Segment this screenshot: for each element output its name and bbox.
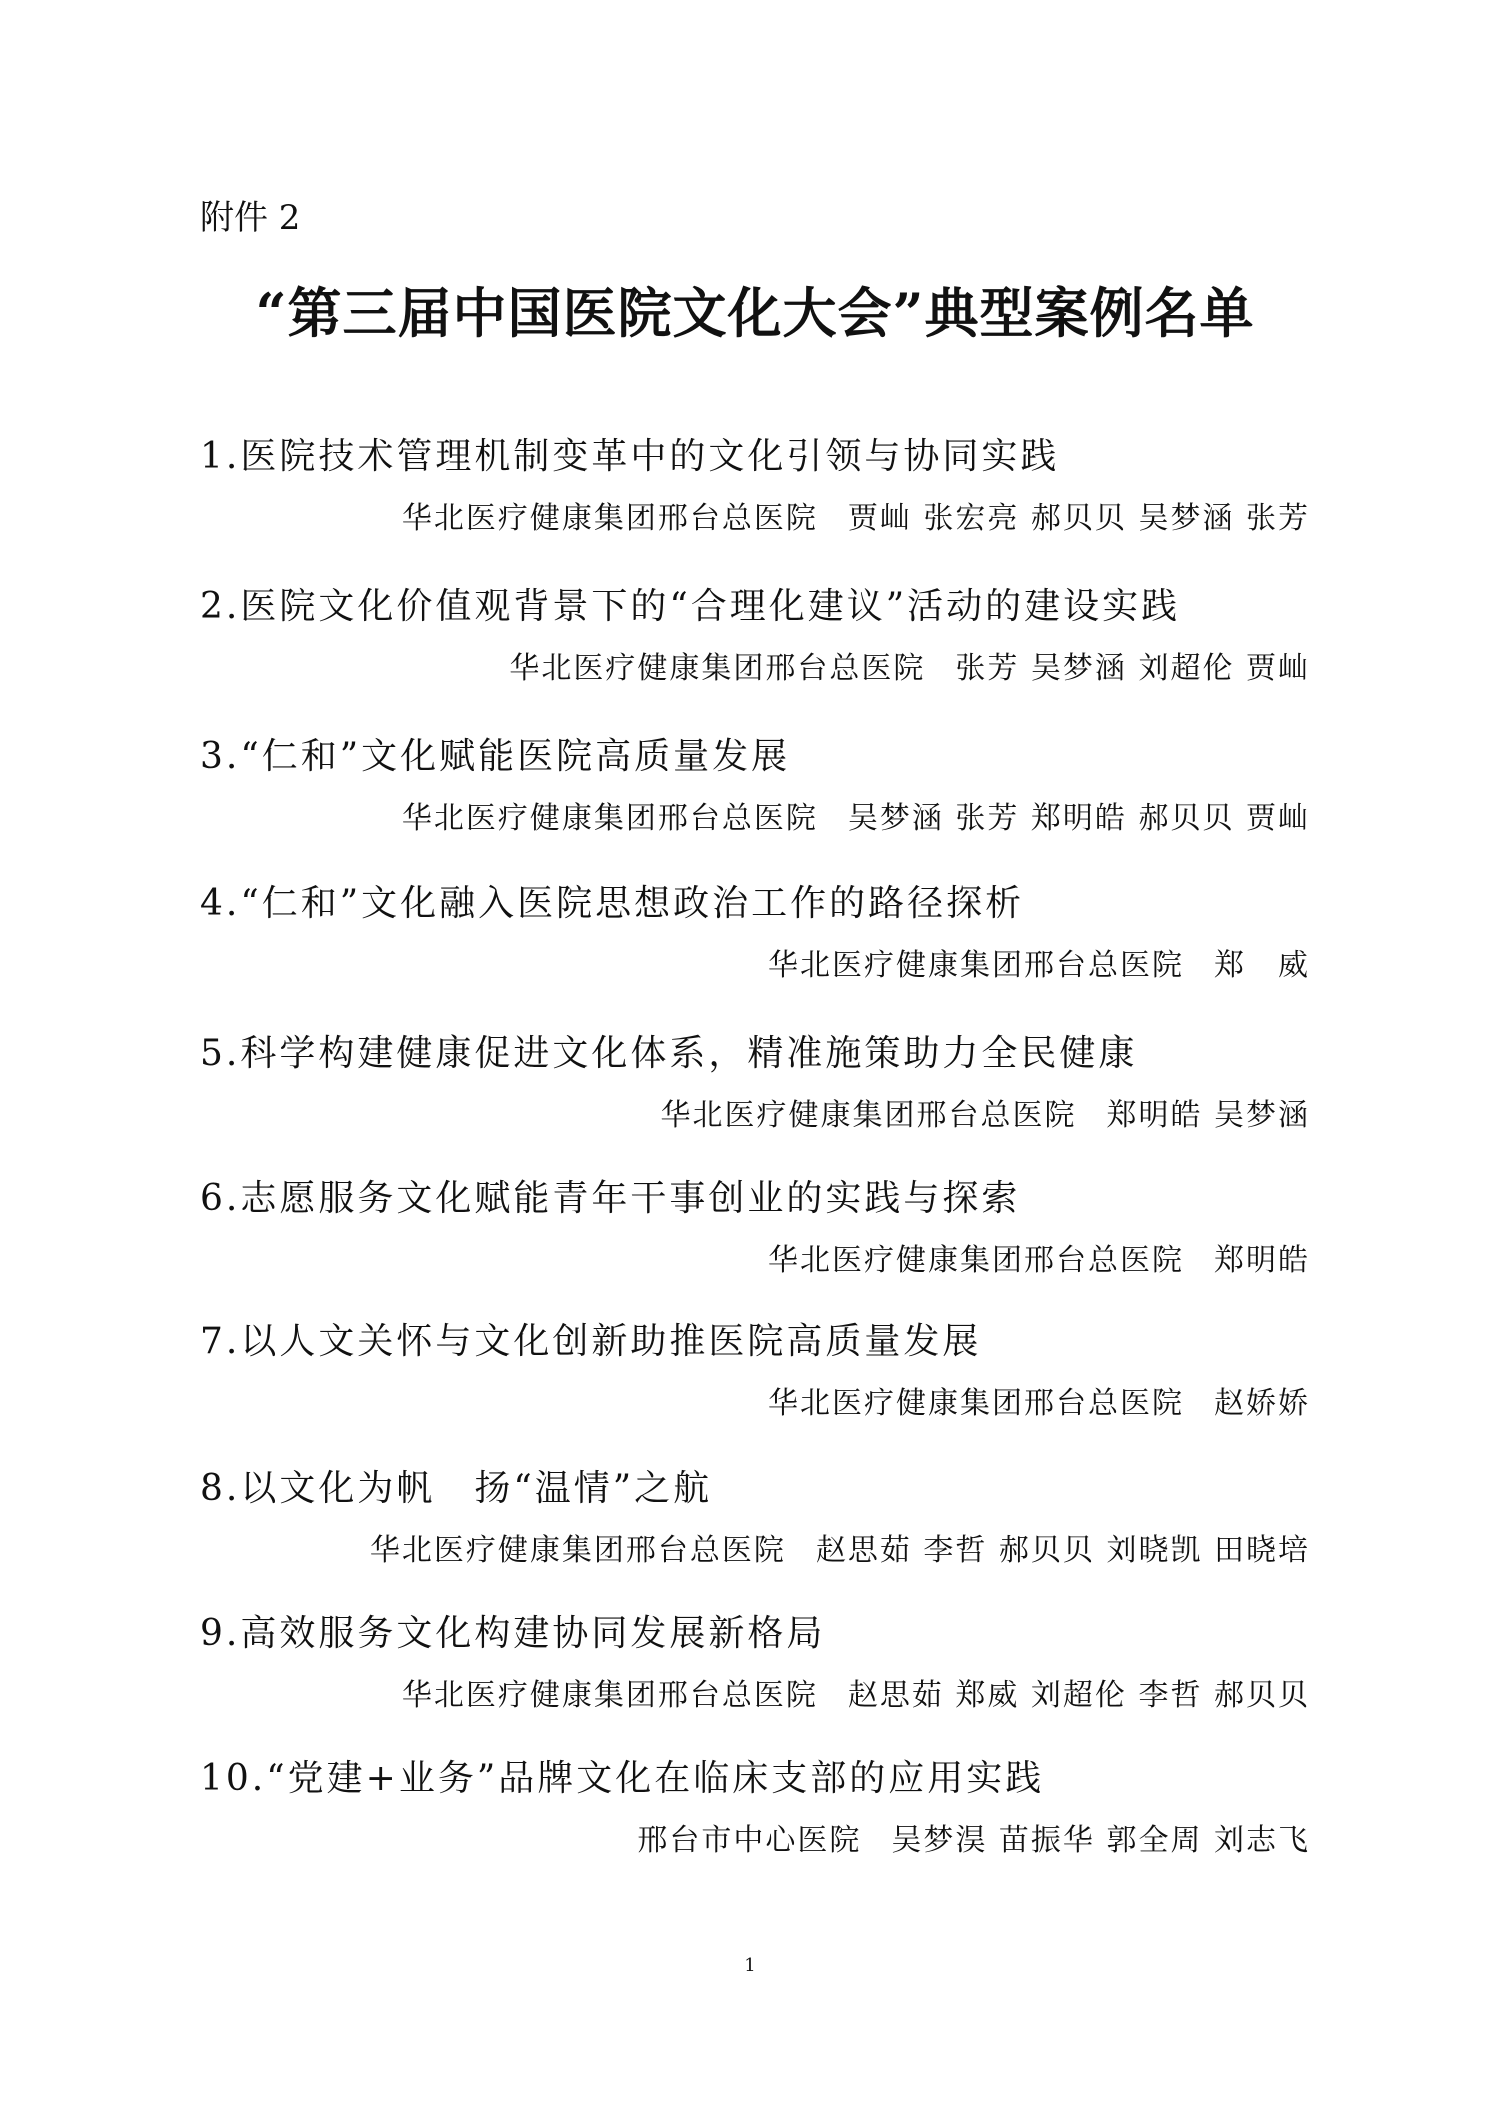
case-authors: 华北医疗健康集团邢台总医院赵思茹 郑威 刘超伦 李哲 郝贝贝 (200, 1676, 1310, 1716)
document-page: 附件 2 “第三届中国医院文化大会”典型案例名单 1.医院技术管理机制变革中的文… (0, 0, 1500, 2120)
case-names: 郑明皓 (1214, 1243, 1310, 1278)
case-item: 7.以人文关怀与文化创新助推医院高质量发展 华北医疗健康集团邢台总医院赵娇娇 (200, 1318, 1310, 1424)
case-names: 张芳 吴梦涵 刘超伦 贾屾 (955, 651, 1310, 686)
case-authors: 华北医疗健康集团邢台总医院郑明皓 (200, 1241, 1310, 1281)
case-title: 2.医院文化价值观背景下的“合理化建议”活动的建设实践 (200, 583, 1310, 631)
case-organization: 华北医疗健康集团邢台总医院 (660, 1098, 1076, 1133)
case-item: 6.志愿服务文化赋能青年干事创业的实践与探索 华北医疗健康集团邢台总医院郑明皓 (200, 1175, 1310, 1281)
page-number: 1 (0, 1955, 1500, 1976)
case-names: 赵思茹 郑威 刘超伦 李哲 郝贝贝 (848, 1678, 1310, 1713)
case-title: 8.以文化为帆 扬“温情”之航 (200, 1465, 1310, 1513)
case-organization: 华北医疗健康集团邢台总医院 (402, 1678, 818, 1713)
case-organization: 邢台市中心医院 (637, 1823, 861, 1858)
case-authors: 华北医疗健康集团邢台总医院贾屾 张宏亮 郝贝贝 吴梦涵 张芳 (200, 499, 1310, 539)
case-authors: 华北医疗健康集团邢台总医院赵思茹 李哲 郝贝贝 刘晓凯 田晓培 (200, 1531, 1310, 1571)
case-organization: 华北医疗健康集团邢台总医院 (768, 1386, 1184, 1421)
case-item: 5.科学构建健康促进文化体系，精准施策助力全民健康 华北医疗健康集团邢台总医院郑… (200, 1030, 1310, 1136)
case-organization: 华北医疗健康集团邢台总医院 (402, 801, 818, 836)
case-title: 5.科学构建健康促进文化体系，精准施策助力全民健康 (200, 1030, 1310, 1078)
case-names: 贾屾 张宏亮 郝贝贝 吴梦涵 张芳 (848, 501, 1310, 536)
attachment-label: 附件 2 (200, 195, 300, 241)
case-names: 吴梦淏 苗振华 郭全周 刘志飞 (891, 1823, 1310, 1858)
case-organization: 华北医疗健康集团邢台总医院 (370, 1533, 786, 1568)
case-title: 7.以人文关怀与文化创新助推医院高质量发展 (200, 1318, 1310, 1366)
case-authors: 华北医疗健康集团邢台总医院郑 威 (200, 946, 1310, 986)
case-authors: 华北医疗健康集团邢台总医院吴梦涵 张芳 郑明皓 郝贝贝 贾屾 (200, 799, 1310, 839)
case-item: 3.“仁和”文化赋能医院高质量发展 华北医疗健康集团邢台总医院吴梦涵 张芳 郑明… (200, 733, 1310, 839)
case-names: 赵思茹 李哲 郝贝贝 刘晓凯 田晓培 (816, 1533, 1310, 1568)
case-title: 10.“党建+业务”品牌文化在临床支部的应用实践 (200, 1755, 1310, 1803)
case-organization: 华北医疗健康集团邢台总医院 (402, 501, 818, 536)
case-organization: 华北医疗健康集团邢台总医院 (768, 948, 1184, 983)
case-authors: 华北医疗健康集团邢台总医院郑明皓 吴梦涵 (200, 1096, 1310, 1136)
case-title: 9.高效服务文化构建协同发展新格局 (200, 1610, 1310, 1658)
case-item: 10.“党建+业务”品牌文化在临床支部的应用实践 邢台市中心医院吴梦淏 苗振华 … (200, 1755, 1310, 1861)
case-item: 9.高效服务文化构建协同发展新格局 华北医疗健康集团邢台总医院赵思茹 郑威 刘超… (200, 1610, 1310, 1716)
case-title: 4.“仁和”文化融入医院思想政治工作的路径探析 (200, 880, 1310, 928)
case-title: 3.“仁和”文化赋能医院高质量发展 (200, 733, 1310, 781)
case-names: 郑 威 (1214, 948, 1310, 983)
case-item: 1.医院技术管理机制变革中的文化引领与协同实践 华北医疗健康集团邢台总医院贾屾 … (200, 433, 1310, 539)
case-organization: 华北医疗健康集团邢台总医院 (768, 1243, 1184, 1278)
case-authors: 华北医疗健康集团邢台总医院赵娇娇 (200, 1384, 1310, 1424)
case-authors: 华北医疗健康集团邢台总医院张芳 吴梦涵 刘超伦 贾屾 (200, 649, 1310, 689)
case-item: 8.以文化为帆 扬“温情”之航 华北医疗健康集团邢台总医院赵思茹 李哲 郝贝贝 … (200, 1465, 1310, 1571)
case-names: 郑明皓 吴梦涵 (1106, 1098, 1310, 1133)
case-item: 2.医院文化价值观背景下的“合理化建议”活动的建设实践 华北医疗健康集团邢台总医… (200, 583, 1310, 689)
case-title: 6.志愿服务文化赋能青年干事创业的实践与探索 (200, 1175, 1310, 1223)
case-title: 1.医院技术管理机制变革中的文化引领与协同实践 (200, 433, 1310, 481)
document-title: “第三届中国医院文化大会”典型案例名单 (180, 278, 1330, 348)
case-item: 4.“仁和”文化融入医院思想政治工作的路径探析 华北医疗健康集团邢台总医院郑 威 (200, 880, 1310, 986)
case-authors: 邢台市中心医院吴梦淏 苗振华 郭全周 刘志飞 (200, 1821, 1310, 1861)
case-names: 赵娇娇 (1214, 1386, 1310, 1421)
case-names: 吴梦涵 张芳 郑明皓 郝贝贝 贾屾 (848, 801, 1310, 836)
case-organization: 华北医疗健康集团邢台总医院 (509, 651, 925, 686)
